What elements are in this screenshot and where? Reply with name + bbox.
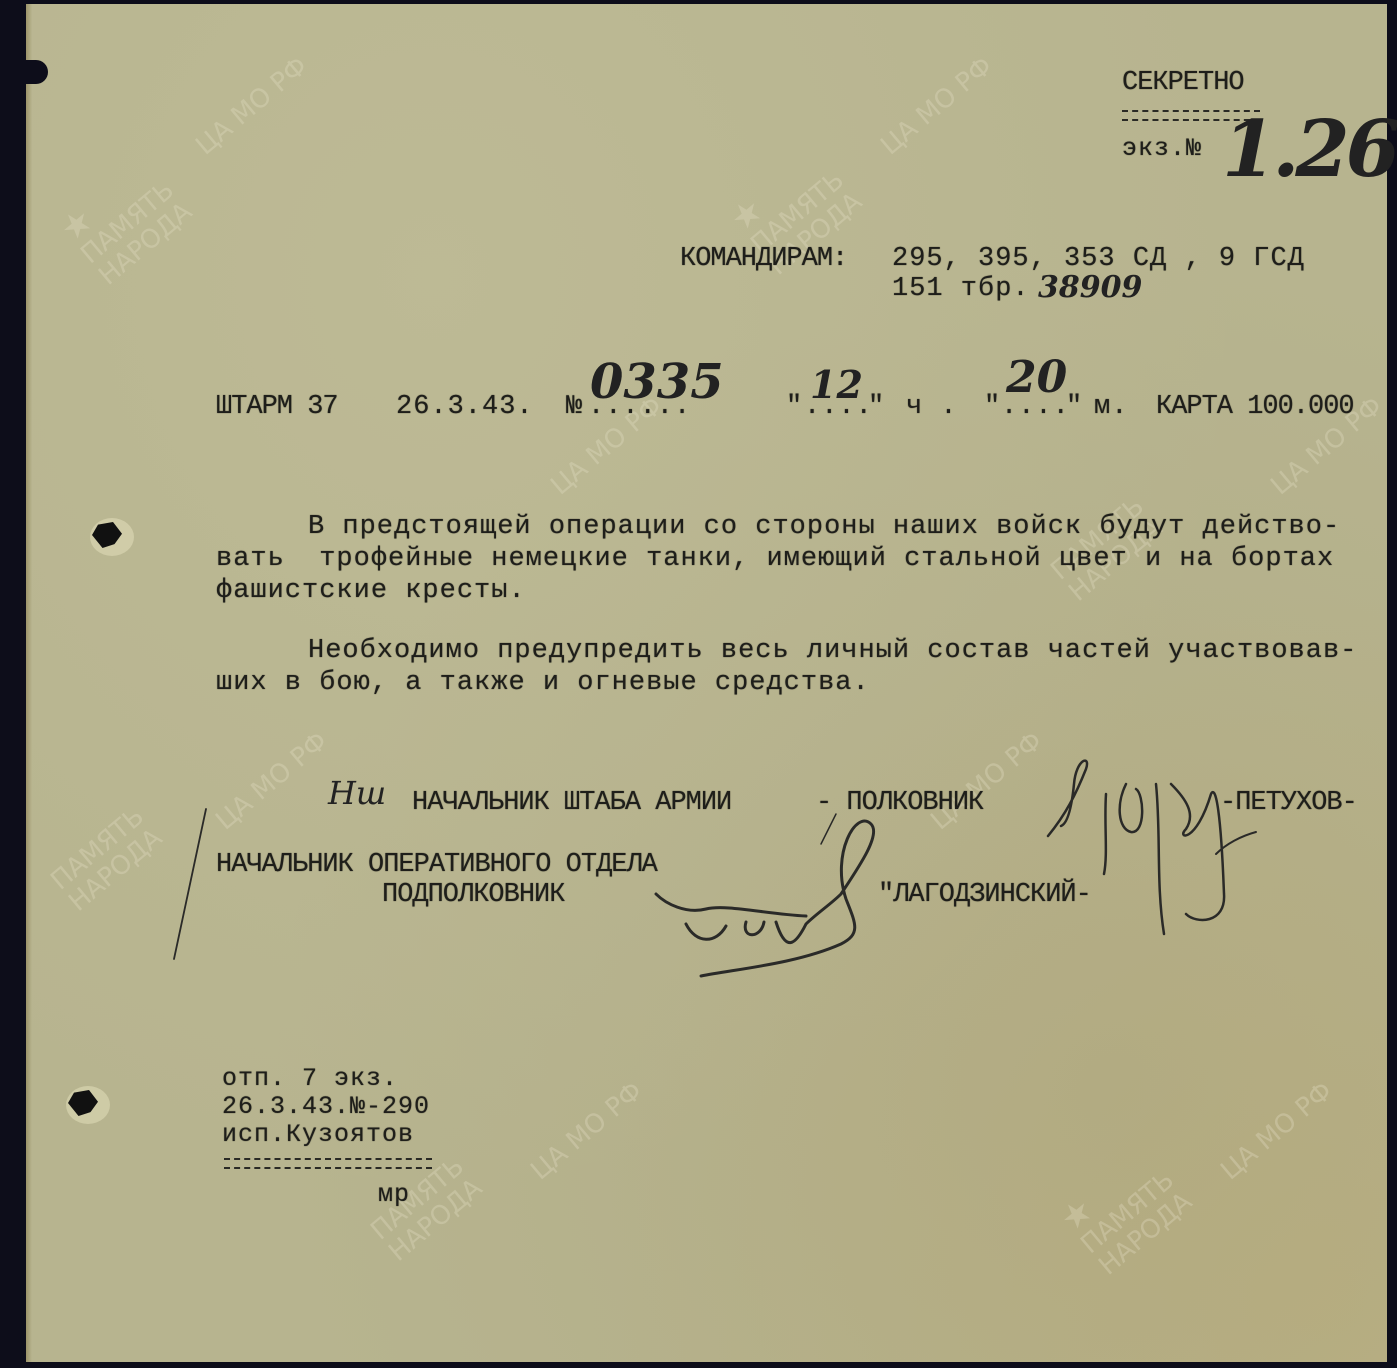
copy-number-handwritten: 1.269 <box>1222 104 1397 195</box>
executor: исп.Кузоятов <box>222 1120 414 1149</box>
hour-close-quote: " <box>868 392 885 422</box>
document-page: ЦА МО РФ ★ПАМЯТЬНАРОДА ЦА МО РФ ★ПАМЯТЬН… <box>26 4 1387 1362</box>
body-line: Необходимо предупредить весь личный сост… <box>308 636 1357 666</box>
map-scale: КАРТА 100.000 <box>1156 392 1354 422</box>
body-line: фашистские кресты. <box>216 576 526 606</box>
ops-chief-title: НАЧАЛЬНИК ОПЕРАТИВНОГО ОТДЕЛА <box>216 850 657 880</box>
body-line: вать трофейные немецкие танки, имеющий с… <box>216 544 1334 574</box>
addressees-brigade: 151 тбр. <box>892 274 1030 304</box>
hour-unit: ч . <box>906 392 958 422</box>
paper-edge <box>26 4 32 1362</box>
margin-mark <box>166 804 226 964</box>
copy-number-label: экз.№ <box>1122 134 1202 163</box>
signature-lagodzinsky <box>646 804 906 984</box>
chief-of-staff-name: -ПЕТУХОВ- <box>1220 788 1357 818</box>
watermark-archive: ЦА МО РФ <box>876 52 998 161</box>
watermark-archive: ЦА МО РФ <box>191 52 313 161</box>
hour-open-quote: " <box>786 392 803 422</box>
body-line: В предстоящей операции со стороны наших … <box>308 512 1340 542</box>
hour-handwritten: 12 <box>810 362 863 407</box>
handwritten-prefix: Нш <box>328 774 386 812</box>
sender: ШТАРМ 37 <box>216 392 338 422</box>
watermark-archive: ЦА МО РФ <box>526 1077 648 1186</box>
minute-close-quote: " <box>1066 392 1083 422</box>
watermark-archive: ЦА МО РФ <box>1216 1077 1338 1186</box>
registration-number-handwritten: 38909 <box>1038 270 1142 305</box>
minute-open-quote: " <box>984 392 1001 422</box>
copies-note: отп. 7 экз. <box>222 1064 398 1093</box>
body-line: ших в бою, а также и огневые средства. <box>216 668 870 698</box>
outgoing-ref: 26.3.43.№-290 <box>222 1092 430 1121</box>
watermark-archive: ЦА МО РФ <box>211 727 333 836</box>
document-date: 26.3.43. <box>396 392 534 422</box>
classification-stamp: СЕКРЕТНО <box>1122 68 1244 98</box>
document-number-handwritten: 0335 <box>590 354 724 410</box>
watermark-project: ★ПАМЯТЬНАРОДА <box>56 152 197 290</box>
watermark-project: ПАМЯТЬНАРОДА <box>366 1152 487 1267</box>
double-rule <box>224 1158 432 1169</box>
watermark-archive: ЦА МО РФ <box>926 727 1048 836</box>
watermark-project: ★ПАМЯТЬНАРОДА <box>1056 1142 1197 1280</box>
number-label: № <box>566 392 583 422</box>
minute-handwritten: 20 <box>1006 352 1067 403</box>
typist-initials: мр <box>378 1180 410 1209</box>
ops-chief-rank: ПОДПОЛКОВНИК <box>382 880 564 910</box>
ops-chief-name: "ЛАГОДЗИНСКИЙ- <box>878 880 1091 910</box>
minute-unit: м. <box>1094 392 1128 422</box>
watermark-project: ПАМЯТЬНАРОДА <box>46 802 167 917</box>
addressees-label: КОМАНДИРАМ: <box>680 244 847 274</box>
